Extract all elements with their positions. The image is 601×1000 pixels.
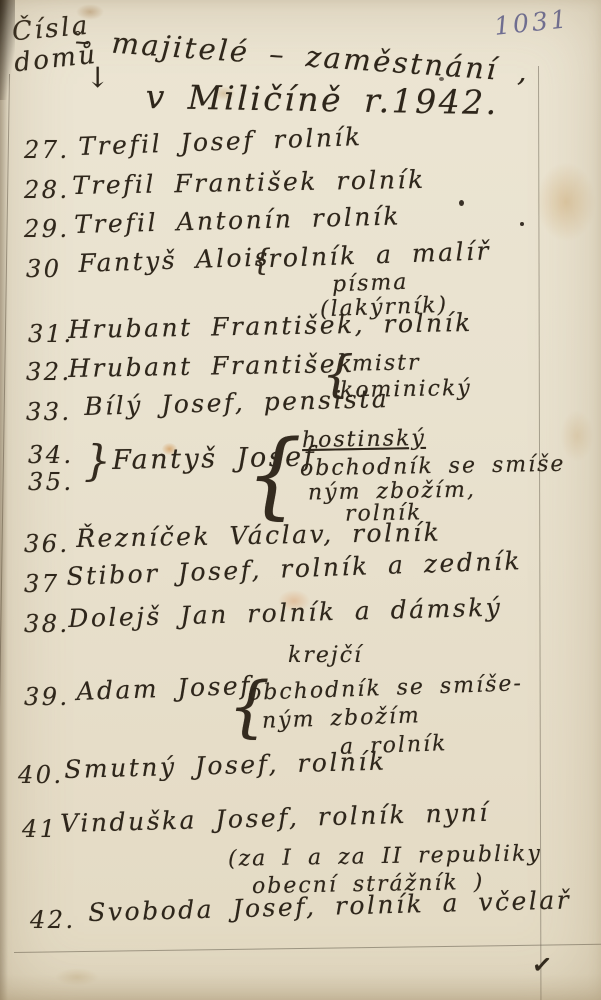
entry-39-name: Adam Josef — [76, 673, 252, 704]
entry-42-text: Svoboda Josef, rolník a včelař — [88, 887, 571, 925]
entry-27-text: Trefil Josef rolník — [78, 124, 363, 159]
entry-41-number: 41 — [22, 817, 58, 841]
entry-36-number: 36. — [24, 532, 70, 556]
entry-39-occupation-line: ným zbožím — [262, 705, 422, 733]
entry-29-text: Trefil Antonín rolník — [74, 203, 401, 237]
entry-40-text: Smutný Josef, rolník — [64, 749, 387, 782]
entry-34-35-close-brace: } — [84, 440, 111, 482]
entry-34-number: 34. — [28, 443, 74, 467]
entry-38-text: Dolejš Jan rolník a dámský — [68, 595, 503, 631]
entry-31-text: Hrubant František, rolník — [68, 310, 473, 342]
page-bottom-edge-shadow — [0, 974, 601, 1000]
ink-speck — [520, 222, 524, 226]
down-arrow-icon: ↓ — [86, 64, 109, 92]
entry-37-number: 37 — [24, 572, 60, 596]
entry-31-number: 31. — [28, 322, 74, 346]
page-corner-shadow — [0, 0, 15, 100]
entry-39-number: 39. — [24, 685, 70, 709]
entry-35-number: 35. — [28, 470, 74, 494]
entry-32-occupation-line: mistr — [352, 352, 421, 375]
entry-27-number: 27. — [24, 138, 70, 162]
entry-40-number: 40. — [18, 763, 64, 787]
page-title-line2: v Miličíně r.1942. — [145, 80, 499, 119]
page-title-line1: – majitelé – zaměstnání , — [74, 26, 531, 87]
entry-32-name: Hrubant František — [68, 351, 355, 381]
entry-34-35-occupation-line: hostinský — [302, 428, 426, 452]
ink-speck — [459, 200, 464, 206]
entry-28-number: 28. — [24, 178, 70, 202]
entry-42-number: 42. — [30, 908, 76, 932]
entry-41-note-line: (za I a za II republiky — [228, 843, 542, 870]
entry-30-number: 30 — [26, 257, 62, 281]
entry-30-occupation-line: rolník a malíř — [268, 238, 491, 271]
entry-37-text: Stibor Josef, rolník a zedník — [66, 548, 522, 589]
page-left-edge-shadow — [0, 0, 8, 1000]
entry-33-number: 33. — [26, 400, 72, 424]
paper-stain — [536, 162, 596, 242]
entry-34-35-brace: { — [246, 428, 302, 521]
entry-38-occupation-line: krejčí — [288, 645, 363, 667]
entry-30-name: Fantyš Alois — [78, 244, 270, 276]
entry-30-occupation-line: písma — [332, 272, 409, 297]
entry-34-35-occupation-line: obchodník se smíše — [300, 454, 566, 481]
entry-36-text: Řezníček Václav, rolník — [76, 520, 442, 551]
entry-29-number: 29. — [24, 217, 70, 241]
entry-32-number: 32. — [26, 360, 72, 384]
entry-33-text: Bílý Josef, pensista — [84, 386, 389, 419]
entry-28-text: Trefil František rolník — [72, 167, 426, 198]
page-number: 1031 — [493, 6, 571, 39]
ruled-line-footer — [14, 944, 601, 953]
scanned-register-page: Čísla ° domů ↓ – majitelé – zaměstnání ,… — [0, 0, 601, 1000]
entry-41-text: Vinduška Josef, rolník nyní — [60, 800, 490, 836]
entry-39-occupation-line: obchodník se smíše- — [248, 673, 524, 705]
entry-38-number: 38. — [24, 612, 70, 636]
